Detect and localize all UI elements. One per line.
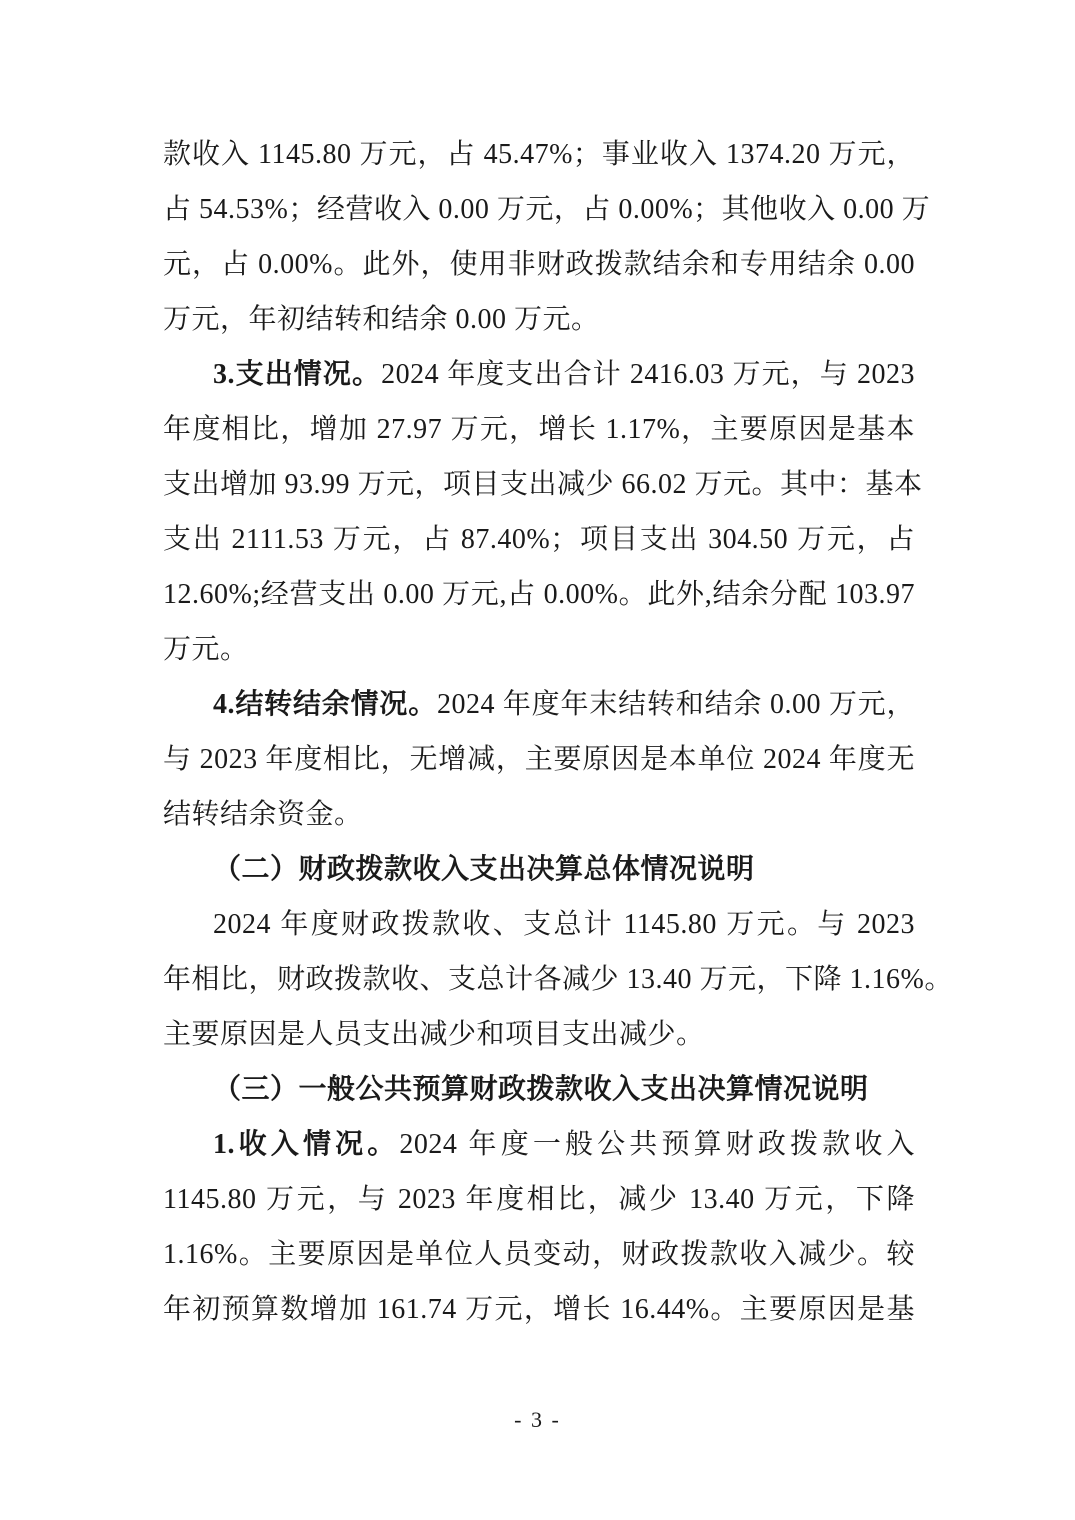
document-page: 款收入 1145.80 万元，占 45.47%；事业收入 1374.20 万元，… <box>0 0 1075 1520</box>
text-line: 支出增加 93.99 万元，项目支出减少 66.02 万元。其中：基本 <box>163 457 915 512</box>
text-segment: 2024 年度年末结转和结余 0.00 万元， <box>437 689 915 720</box>
bold-text-segment: 1.收入情况。 <box>213 1129 399 1160</box>
text-segment: 结转结余资金。 <box>163 799 363 830</box>
text-line: 年度相比，增加 27.97 万元，增长 1.17%，主要原因是基本 <box>163 402 915 457</box>
bold-text-segment: 3.支出情况。 <box>213 359 381 390</box>
text-line: 与 2023 年度相比，无增减，主要原因是本单位 2024 年度无 <box>163 732 915 787</box>
text-segment: 支出增加 93.99 万元，项目支出减少 66.02 万元。其中：基本 <box>163 469 923 500</box>
text-line: 支出 2111.53 万元，占 87.40%；项目支出 304.50 万元，占 <box>163 512 915 567</box>
text-line: 12.60%;经营支出 0.00 万元,占 0.00%。此外,结余分配 103.… <box>163 567 915 622</box>
text-segment: 2024 年度一般公共预算财政拨款收入 <box>399 1129 915 1160</box>
text-segment: 2024 年度支出合计 2416.03 万元，与 2023 <box>381 359 915 390</box>
text-segment: 支出 2111.53 万元，占 87.40%；项目支出 304.50 万元，占 <box>163 524 915 555</box>
text-line: 结转结余资金。 <box>163 787 915 842</box>
text-line: 万元。 <box>163 622 915 677</box>
text-segment: 款收入 1145.80 万元，占 45.47%；事业收入 1374.20 万元， <box>163 139 915 170</box>
text-segment: 1145.80 万元，与 2023 年度相比，减少 13.40 万元，下降 <box>163 1184 915 1215</box>
text-segment: 年初预算数增加 161.74 万元，增长 16.44%。主要原因是基 <box>163 1294 915 1325</box>
text-line: 年初预算数增加 161.74 万元，增长 16.44%。主要原因是基 <box>163 1282 915 1337</box>
page-number: - 3 - <box>0 1403 1075 1437</box>
bold-text-segment: （三）一般公共预算财政拨款收入支出决算情况说明 <box>213 1074 869 1105</box>
text-line: 万元，年初结转和结余 0.00 万元。 <box>163 292 915 347</box>
text-segment: 万元。 <box>163 634 249 665</box>
text-segment: 12.60%;经营支出 0.00 万元,占 0.00%。此外,结余分配 103.… <box>163 579 915 610</box>
text-line: 主要原因是人员支出减少和项目支出减少。 <box>163 1007 915 1062</box>
text-segment: 年度相比，增加 27.97 万元，增长 1.17%，主要原因是基本 <box>163 414 915 445</box>
text-segment: 万元，年初结转和结余 0.00 万元。 <box>163 304 600 335</box>
text-line: 2024 年度财政拨款收、支总计 1145.80 万元。与 2023 <box>163 897 915 952</box>
text-line: 年相比，财政拨款收、支总计各减少 13.40 万元，下降 1.16%。 <box>163 952 915 1007</box>
bold-text-segment: （二）财政拨款收入支出决算总体情况说明 <box>213 854 755 885</box>
text-line: 1.16%。主要原因是单位人员变动，财政拨款收入减少。较 <box>163 1227 915 1282</box>
text-line: 款收入 1145.80 万元，占 45.47%；事业收入 1374.20 万元， <box>163 127 915 182</box>
text-line: 元，占 0.00%。此外，使用非财政拨款结余和专用结余 0.00 <box>163 237 915 292</box>
text-segment: 年相比，财政拨款收、支总计各减少 13.40 万元，下降 1.16%。 <box>163 964 953 995</box>
text-segment: 占 54.53%；经营收入 0.00 万元，占 0.00%；其他收入 0.00 … <box>163 194 930 225</box>
text-line: 1.收入情况。2024 年度一般公共预算财政拨款收入 <box>163 1117 915 1172</box>
text-line: 4.结转结余情况。2024 年度年末结转和结余 0.00 万元， <box>163 677 915 732</box>
text-segment: 2024 年度财政拨款收、支总计 1145.80 万元。与 2023 <box>213 909 915 940</box>
text-segment: 元，占 0.00%。此外，使用非财政拨款结余和专用结余 0.00 <box>163 249 915 280</box>
text-line: 3.支出情况。2024 年度支出合计 2416.03 万元，与 2023 <box>163 347 915 402</box>
text-segment: 1.16%。主要原因是单位人员变动，财政拨款收入减少。较 <box>163 1239 915 1270</box>
bold-text-segment: 4.结转结余情况。 <box>213 689 437 720</box>
text-segment: 主要原因是人员支出减少和项目支出减少。 <box>163 1019 705 1050</box>
page-body: 款收入 1145.80 万元，占 45.47%；事业收入 1374.20 万元，… <box>163 127 915 1337</box>
text-line: 占 54.53%；经营收入 0.00 万元，占 0.00%；其他收入 0.00 … <box>163 182 915 237</box>
text-segment: 与 2023 年度相比，无增减，主要原因是本单位 2024 年度无 <box>163 744 915 775</box>
text-line: 1145.80 万元，与 2023 年度相比，减少 13.40 万元，下降 <box>163 1172 915 1227</box>
text-line: （二）财政拨款收入支出决算总体情况说明 <box>163 842 915 897</box>
text-line: （三）一般公共预算财政拨款收入支出决算情况说明 <box>163 1062 915 1117</box>
